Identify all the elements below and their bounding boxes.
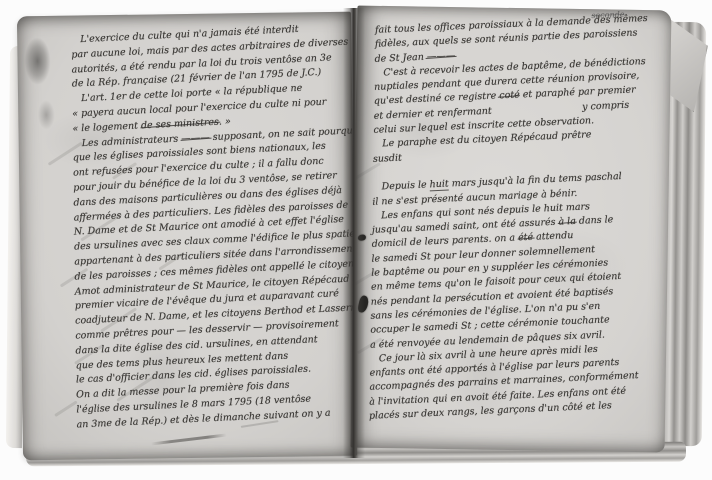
ink-bleedthrough-marks (17, 12, 351, 17)
ink-blot (358, 235, 366, 241)
left-page: L'exercice du culte qui n'a jamais été i… (17, 12, 357, 461)
right-page: seconde fait tous les offices paroissiau… (351, 6, 672, 453)
right-page-text: fait tous les offices paroissiaux à la d… (369, 24, 669, 429)
ink-blot (357, 295, 370, 314)
left-page-text: L'exercice du culte qui n'a jamais été i… (71, 30, 357, 433)
corner-stain (34, 94, 59, 136)
corner-stain (19, 28, 56, 94)
bleedthrough-mark (54, 400, 77, 417)
manuscript-book-scan: L'exercice du culte qui n'a jamais été i… (0, 0, 712, 480)
pencil-stroke (151, 434, 227, 446)
